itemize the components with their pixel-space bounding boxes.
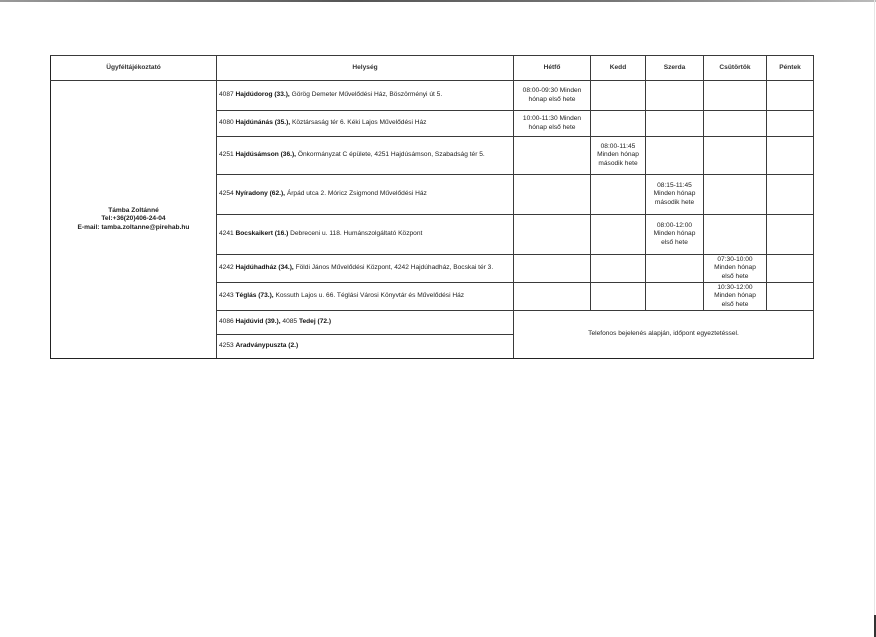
zip-code: 4087 [219,91,234,98]
slot-tuesday [591,111,646,137]
town-name: Nyíradony (62.), [236,190,285,197]
slot-wednesday [646,111,704,137]
zip-code: 4254 [219,190,234,197]
town-name: Hajdúdorog (33.), [236,91,290,98]
slot-thursday [704,81,767,111]
phone-appointment-note: Telefonos bejelenés alapján, időpont egy… [514,311,814,359]
slot-friday [767,81,814,111]
zip-code: 4241 [219,230,234,237]
town-name: Hajdúsámson (36.), [236,151,296,158]
location-cell: 4243 Téglás (73.), Kossuth Lajos u. 66. … [217,283,514,311]
venue-address: Görög Demeter Művelődési Ház, Böszörmény… [290,91,442,98]
location-cell: 4254 Nyíradony (62.), Árpád utca 2. Móri… [217,175,514,215]
zip-code: 4080 [219,119,234,126]
slot-tuesday [591,81,646,111]
contact-email[interactable]: E-mail: tamba.zoltanne@pirehab.hu [53,224,214,233]
slot-thursday [704,137,767,175]
slot-tuesday [591,215,646,255]
slot-friday [767,111,814,137]
venue-address: Önkormányzat C épülete, 4251 Hajdúsámson… [296,151,485,158]
slot-monday: 10:00-11:30 Minden hónap első hete [514,111,591,137]
slot-tuesday [591,283,646,311]
slot-friday [767,255,814,283]
venue-address: Köztársaság tér 6. Kéki Lajos Művelődési… [290,119,426,126]
slot-monday [514,137,591,175]
header-thursday: Csütörtök [704,56,767,81]
header-tuesday: Kedd [591,56,646,81]
slot-monday [514,175,591,215]
zip-code: 4243 [219,292,234,299]
schedule-table: Ügyféltájékoztató Helység Hétfő Kedd Sze… [50,55,814,359]
town-name: Téglás (73.), [236,292,274,299]
slot-monday: 08:00-09:30 Minden hónap első hete [514,81,591,111]
slot-monday [514,283,591,311]
header-wednesday: Szerda [646,56,704,81]
header-friday: Péntek [767,56,814,81]
contact-phone[interactable]: Tel:+36(20)406-24-04 [53,215,214,224]
slot-thursday: 10:30-12:00 Minden hónap első hete [704,283,767,311]
town-name: Tedej (72.) [299,318,331,325]
slot-wednesday [646,255,704,283]
location-cell: 4080 Hajdúnánás (35.), Köztársaság tér 6… [217,111,514,137]
zip-code: 4085 [281,318,298,325]
header-location: Helység [217,56,514,81]
table-row: Támba ZoltánnéTel:+36(20)406-24-04E-mail… [51,81,814,111]
venue-address: Árpád utca 2. Móricz Zsigmond Művelődési… [285,190,427,197]
slot-thursday [704,215,767,255]
slot-monday [514,255,591,283]
town-name: Hajdúnánás (35.), [236,119,291,126]
slot-thursday [704,111,767,137]
town-name: Bocskaikert (16.) [236,230,289,237]
zip-code: 4251 [219,151,234,158]
slot-wednesday [646,137,704,175]
slot-monday [514,215,591,255]
slot-wednesday [646,81,704,111]
location-cell: 4087 Hajdúdorog (33.), Görög Demeter Műv… [217,81,514,111]
zip-code: 4086 [219,318,234,325]
header-customer-info: Ügyféltájékoztató [51,56,217,81]
slot-friday [767,283,814,311]
venue-address: Földi János Művelődési Központ, 4242 Haj… [294,264,493,271]
slot-friday [767,215,814,255]
slot-friday [767,137,814,175]
slot-tuesday [591,175,646,215]
town-name: Hajdúhadház (34.), [236,264,294,271]
location-cell: 4253 Aradványpuszta (2.) [217,335,514,359]
slot-wednesday [646,283,704,311]
zip-code: 4242 [219,264,234,271]
slot-wednesday: 08:00-12:00 Minden hónap első hete [646,215,704,255]
scan-edge-right [874,0,875,637]
town-name: Hajdúvid (39.), [236,318,281,325]
zip-code: 4253 [219,342,234,349]
town-name: Aradványpuszta (2.) [236,342,299,349]
contact-cell: Támba ZoltánnéTel:+36(20)406-24-04E-mail… [51,81,217,359]
location-cell: 4251 Hajdúsámson (36.), Önkormányzat C é… [217,137,514,175]
location-cell: 4241 Bocskaikert (16.) Debreceni u. 118.… [217,215,514,255]
slot-thursday: 07:30-10:00 Minden hónap első hete [704,255,767,283]
header-row: Ügyféltájékoztató Helység Hétfő Kedd Sze… [51,56,814,81]
header-monday: Hétfő [514,56,591,81]
slot-thursday [704,175,767,215]
location-cell: 4086 Hajdúvid (39.), 4085 Tedej (72.) [217,311,514,335]
venue-address: Debreceni u. 118. Humánszolgáltató Közpo… [288,230,422,237]
scan-edge-top [0,0,876,2]
venue-address: Kossuth Lajos u. 66. Téglási Városi Köny… [274,292,464,299]
slot-friday [767,175,814,215]
location-cell: 4242 Hajdúhadház (34.), Földi János Műve… [217,255,514,283]
slot-tuesday: 08:00-11:45 Minden hónap második hete [591,137,646,175]
contact-name: Támba Zoltánné [53,207,214,216]
slot-wednesday: 08:15-11:45 Minden hónap második hete [646,175,704,215]
slot-tuesday [591,255,646,283]
